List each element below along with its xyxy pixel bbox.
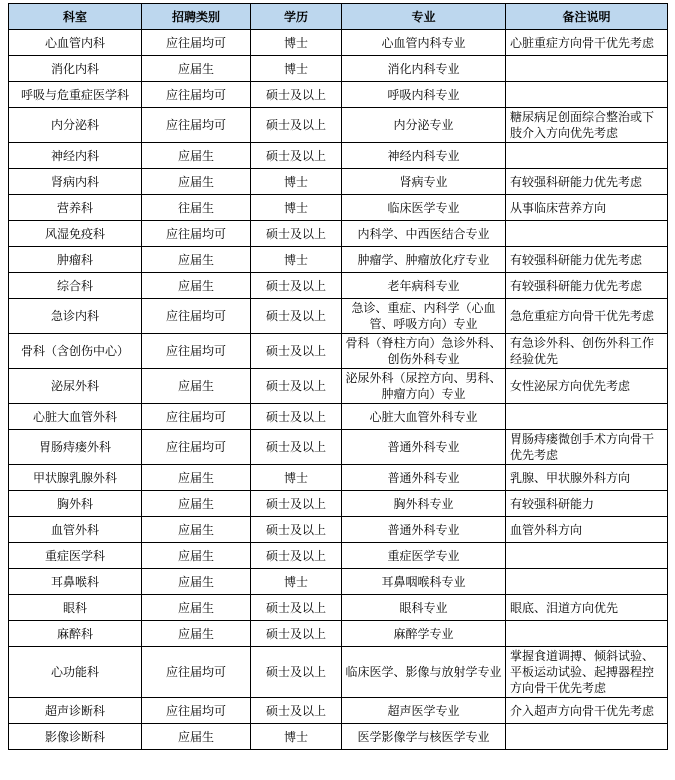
cell-department: 心血管内科 (9, 30, 142, 56)
cell-remark: 胃肠痔瘘微创手术方向骨干优先考虑 (506, 430, 668, 465)
cell-department: 超声诊断科 (9, 698, 142, 724)
cell-degree: 硕士及以上 (251, 647, 342, 698)
cell-recruit-type: 往届生 (142, 195, 251, 221)
cell-department: 消化内科 (9, 56, 142, 82)
cell-major: 骨科（脊柱方向）急诊外科、创伤外科专业 (342, 334, 506, 369)
table-row: 超声诊断科应往届均可硕士及以上超声医学专业介入超声方向骨干优先考虑 (9, 698, 668, 724)
cell-degree: 硕士及以上 (251, 698, 342, 724)
recruitment-table: 科室 招聘类别 学历 专业 备注说明 心血管内科应往届均可博士心血管内科专业心脏… (8, 3, 668, 750)
cell-recruit-type: 应届生 (142, 56, 251, 82)
cell-degree: 博士 (251, 30, 342, 56)
cell-degree: 硕士及以上 (251, 430, 342, 465)
table-row: 泌尿外科应届生硕士及以上泌尿外科（尿控方向、男科、肿瘤方向）专业女性泌尿方向优先… (9, 369, 668, 404)
cell-remark (506, 621, 668, 647)
cell-recruit-type: 应届生 (142, 369, 251, 404)
cell-recruit-type: 应往届均可 (142, 108, 251, 143)
cell-recruit-type: 应往届均可 (142, 299, 251, 334)
cell-major: 普通外科专业 (342, 430, 506, 465)
cell-remark (506, 569, 668, 595)
cell-degree: 硕士及以上 (251, 404, 342, 430)
cell-degree: 博士 (251, 195, 342, 221)
cell-department: 眼科 (9, 595, 142, 621)
cell-remark (506, 724, 668, 750)
cell-remark: 心脏重症方向骨干优先考虑 (506, 30, 668, 56)
cell-major: 普通外科专业 (342, 465, 506, 491)
cell-remark: 女性泌尿方向优先考虑 (506, 369, 668, 404)
cell-remark: 血管外科方向 (506, 517, 668, 543)
cell-degree: 硕士及以上 (251, 543, 342, 569)
cell-department: 影像诊断科 (9, 724, 142, 750)
cell-recruit-type: 应届生 (142, 465, 251, 491)
cell-remark (506, 404, 668, 430)
cell-degree: 硕士及以上 (251, 621, 342, 647)
cell-major: 肿瘤学、肿瘤放化疗专业 (342, 247, 506, 273)
cell-department: 急诊内科 (9, 299, 142, 334)
cell-major: 心脏大血管外科专业 (342, 404, 506, 430)
table-row: 神经内科应届生硕士及以上神经内科专业 (9, 143, 668, 169)
cell-remark: 从事临床营养方向 (506, 195, 668, 221)
cell-remark (506, 221, 668, 247)
cell-degree: 硕士及以上 (251, 143, 342, 169)
cell-department: 耳鼻喉科 (9, 569, 142, 595)
cell-major: 临床医学专业 (342, 195, 506, 221)
cell-department: 麻醉科 (9, 621, 142, 647)
cell-degree: 博士 (251, 569, 342, 595)
header-recruit-type: 招聘类别 (142, 4, 251, 30)
cell-major: 普通外科专业 (342, 517, 506, 543)
cell-degree: 硕士及以上 (251, 595, 342, 621)
cell-degree: 博士 (251, 56, 342, 82)
table-body: 心血管内科应往届均可博士心血管内科专业心脏重症方向骨干优先考虑消化内科应届生博士… (9, 30, 668, 750)
cell-remark: 急危重症方向骨干优先考虑 (506, 299, 668, 334)
cell-department: 综合科 (9, 273, 142, 299)
header-remark: 备注说明 (506, 4, 668, 30)
table-row: 眼科应届生硕士及以上眼科专业眼底、泪道方向优先 (9, 595, 668, 621)
cell-department: 胃肠痔瘘外科 (9, 430, 142, 465)
cell-major: 心血管内科专业 (342, 30, 506, 56)
cell-department: 神经内科 (9, 143, 142, 169)
cell-remark (506, 56, 668, 82)
header-major: 专业 (342, 4, 506, 30)
cell-major: 内分泌专业 (342, 108, 506, 143)
cell-major: 超声医学专业 (342, 698, 506, 724)
cell-department: 骨科（含创伤中心） (9, 334, 142, 369)
cell-recruit-type: 应往届均可 (142, 647, 251, 698)
cell-recruit-type: 应往届均可 (142, 430, 251, 465)
table-row: 耳鼻喉科应届生博士耳鼻咽喉科专业 (9, 569, 668, 595)
cell-degree: 博士 (251, 169, 342, 195)
cell-degree: 硕士及以上 (251, 108, 342, 143)
cell-remark: 有较强科研能力优先考虑 (506, 247, 668, 273)
cell-degree: 博士 (251, 247, 342, 273)
cell-recruit-type: 应届生 (142, 247, 251, 273)
cell-remark: 介入超声方向骨干优先考虑 (506, 698, 668, 724)
cell-recruit-type: 应届生 (142, 517, 251, 543)
table-row: 骨科（含创伤中心）应往届均可硕士及以上骨科（脊柱方向）急诊外科、创伤外科专业有急… (9, 334, 668, 369)
cell-recruit-type: 应届生 (142, 491, 251, 517)
cell-major: 耳鼻咽喉科专业 (342, 569, 506, 595)
recruitment-page: 科室 招聘类别 学历 专业 备注说明 心血管内科应往届均可博士心血管内科专业心脏… (0, 0, 675, 755)
cell-major: 临床医学、影像与放射学专业 (342, 647, 506, 698)
cell-major: 眼科专业 (342, 595, 506, 621)
table-row: 麻醉科应届生硕士及以上麻醉学专业 (9, 621, 668, 647)
cell-major: 胸外科专业 (342, 491, 506, 517)
table-row: 风湿免疫科应往届均可硕士及以上内科学、中西医结合专业 (9, 221, 668, 247)
cell-department: 营养科 (9, 195, 142, 221)
table-row: 呼吸与危重症医学科应往届均可硕士及以上呼吸内科专业 (9, 82, 668, 108)
cell-department: 心功能科 (9, 647, 142, 698)
cell-degree: 硕士及以上 (251, 334, 342, 369)
cell-recruit-type: 应届生 (142, 595, 251, 621)
table-row: 甲状腺乳腺外科应届生博士普通外科专业乳腺、甲状腺外科方向 (9, 465, 668, 491)
table-row: 心脏大血管外科应往届均可硕士及以上心脏大血管外科专业 (9, 404, 668, 430)
table-row: 胃肠痔瘘外科应往届均可硕士及以上普通外科专业胃肠痔瘘微创手术方向骨干优先考虑 (9, 430, 668, 465)
cell-degree: 博士 (251, 724, 342, 750)
cell-remark: 有急诊外科、创伤外科工作经验优先 (506, 334, 668, 369)
cell-recruit-type: 应届生 (142, 621, 251, 647)
cell-degree: 硕士及以上 (251, 221, 342, 247)
table-row: 急诊内科应往届均可硕士及以上急诊、重症、内科学（心血管、呼吸方向）专业急危重症方… (9, 299, 668, 334)
cell-department: 甲状腺乳腺外科 (9, 465, 142, 491)
cell-recruit-type: 应届生 (142, 724, 251, 750)
cell-recruit-type: 应往届均可 (142, 221, 251, 247)
table-row: 血管外科应届生硕士及以上普通外科专业血管外科方向 (9, 517, 668, 543)
cell-remark: 掌握食道调搏、倾斜试验、平板运动试验、起搏器程控方向骨干优先考虑 (506, 647, 668, 698)
table-row: 心血管内科应往届均可博士心血管内科专业心脏重症方向骨干优先考虑 (9, 30, 668, 56)
cell-remark: 有较强科研能力优先考虑 (506, 169, 668, 195)
cell-remark (506, 82, 668, 108)
cell-remark (506, 543, 668, 569)
table-row: 内分泌科应往届均可硕士及以上内分泌专业糖尿病足创面综合整治或下肢介入方向优先考虑 (9, 108, 668, 143)
cell-degree: 博士 (251, 465, 342, 491)
table-row: 胸外科应届生硕士及以上胸外科专业有较强科研能力 (9, 491, 668, 517)
cell-major: 急诊、重症、内科学（心血管、呼吸方向）专业 (342, 299, 506, 334)
cell-recruit-type: 应届生 (142, 569, 251, 595)
cell-remark: 眼底、泪道方向优先 (506, 595, 668, 621)
cell-degree: 硕士及以上 (251, 517, 342, 543)
cell-recruit-type: 应往届均可 (142, 698, 251, 724)
cell-department: 肿瘤科 (9, 247, 142, 273)
cell-department: 呼吸与危重症医学科 (9, 82, 142, 108)
cell-major: 呼吸内科专业 (342, 82, 506, 108)
cell-degree: 硕士及以上 (251, 82, 342, 108)
cell-department: 心脏大血管外科 (9, 404, 142, 430)
cell-recruit-type: 应届生 (142, 169, 251, 195)
cell-major: 医学影像学与核医学专业 (342, 724, 506, 750)
table-row: 消化内科应届生博士消化内科专业 (9, 56, 668, 82)
cell-remark (506, 143, 668, 169)
cell-recruit-type: 应届生 (142, 543, 251, 569)
cell-recruit-type: 应届生 (142, 273, 251, 299)
cell-recruit-type: 应往届均可 (142, 334, 251, 369)
cell-major: 内科学、中西医结合专业 (342, 221, 506, 247)
table-row: 肿瘤科应届生博士肿瘤学、肿瘤放化疗专业有较强科研能力优先考虑 (9, 247, 668, 273)
cell-major: 泌尿外科（尿控方向、男科、肿瘤方向）专业 (342, 369, 506, 404)
cell-recruit-type: 应往届均可 (142, 30, 251, 56)
table-row: 重症医学科应届生硕士及以上重症医学专业 (9, 543, 668, 569)
cell-department: 肾病内科 (9, 169, 142, 195)
table-row: 肾病内科应届生博士肾病专业有较强科研能力优先考虑 (9, 169, 668, 195)
cell-major: 消化内科专业 (342, 56, 506, 82)
table-row: 影像诊断科应届生博士医学影像学与核医学专业 (9, 724, 668, 750)
cell-degree: 硕士及以上 (251, 273, 342, 299)
table-row: 心功能科应往届均可硕士及以上临床医学、影像与放射学专业掌握食道调搏、倾斜试验、平… (9, 647, 668, 698)
cell-remark: 有较强科研能力优先考虑 (506, 273, 668, 299)
table-row: 营养科往届生博士临床医学专业从事临床营养方向 (9, 195, 668, 221)
cell-degree: 硕士及以上 (251, 299, 342, 334)
cell-major: 麻醉学专业 (342, 621, 506, 647)
cell-department: 泌尿外科 (9, 369, 142, 404)
table-row: 综合科应届生硕士及以上老年病科专业有较强科研能力优先考虑 (9, 273, 668, 299)
cell-department: 风湿免疫科 (9, 221, 142, 247)
cell-department: 胸外科 (9, 491, 142, 517)
table-header-row: 科室 招聘类别 学历 专业 备注说明 (9, 4, 668, 30)
cell-major: 老年病科专业 (342, 273, 506, 299)
header-degree: 学历 (251, 4, 342, 30)
cell-major: 重症医学专业 (342, 543, 506, 569)
cell-department: 血管外科 (9, 517, 142, 543)
cell-remark: 糖尿病足创面综合整治或下肢介入方向优先考虑 (506, 108, 668, 143)
cell-recruit-type: 应往届均可 (142, 404, 251, 430)
cell-remark: 乳腺、甲状腺外科方向 (506, 465, 668, 491)
cell-recruit-type: 应往届均可 (142, 82, 251, 108)
cell-recruit-type: 应届生 (142, 143, 251, 169)
header-department: 科室 (9, 4, 142, 30)
cell-remark: 有较强科研能力 (506, 491, 668, 517)
cell-degree: 硕士及以上 (251, 369, 342, 404)
cell-department: 重症医学科 (9, 543, 142, 569)
cell-major: 神经内科专业 (342, 143, 506, 169)
cell-major: 肾病专业 (342, 169, 506, 195)
cell-department: 内分泌科 (9, 108, 142, 143)
cell-degree: 硕士及以上 (251, 491, 342, 517)
